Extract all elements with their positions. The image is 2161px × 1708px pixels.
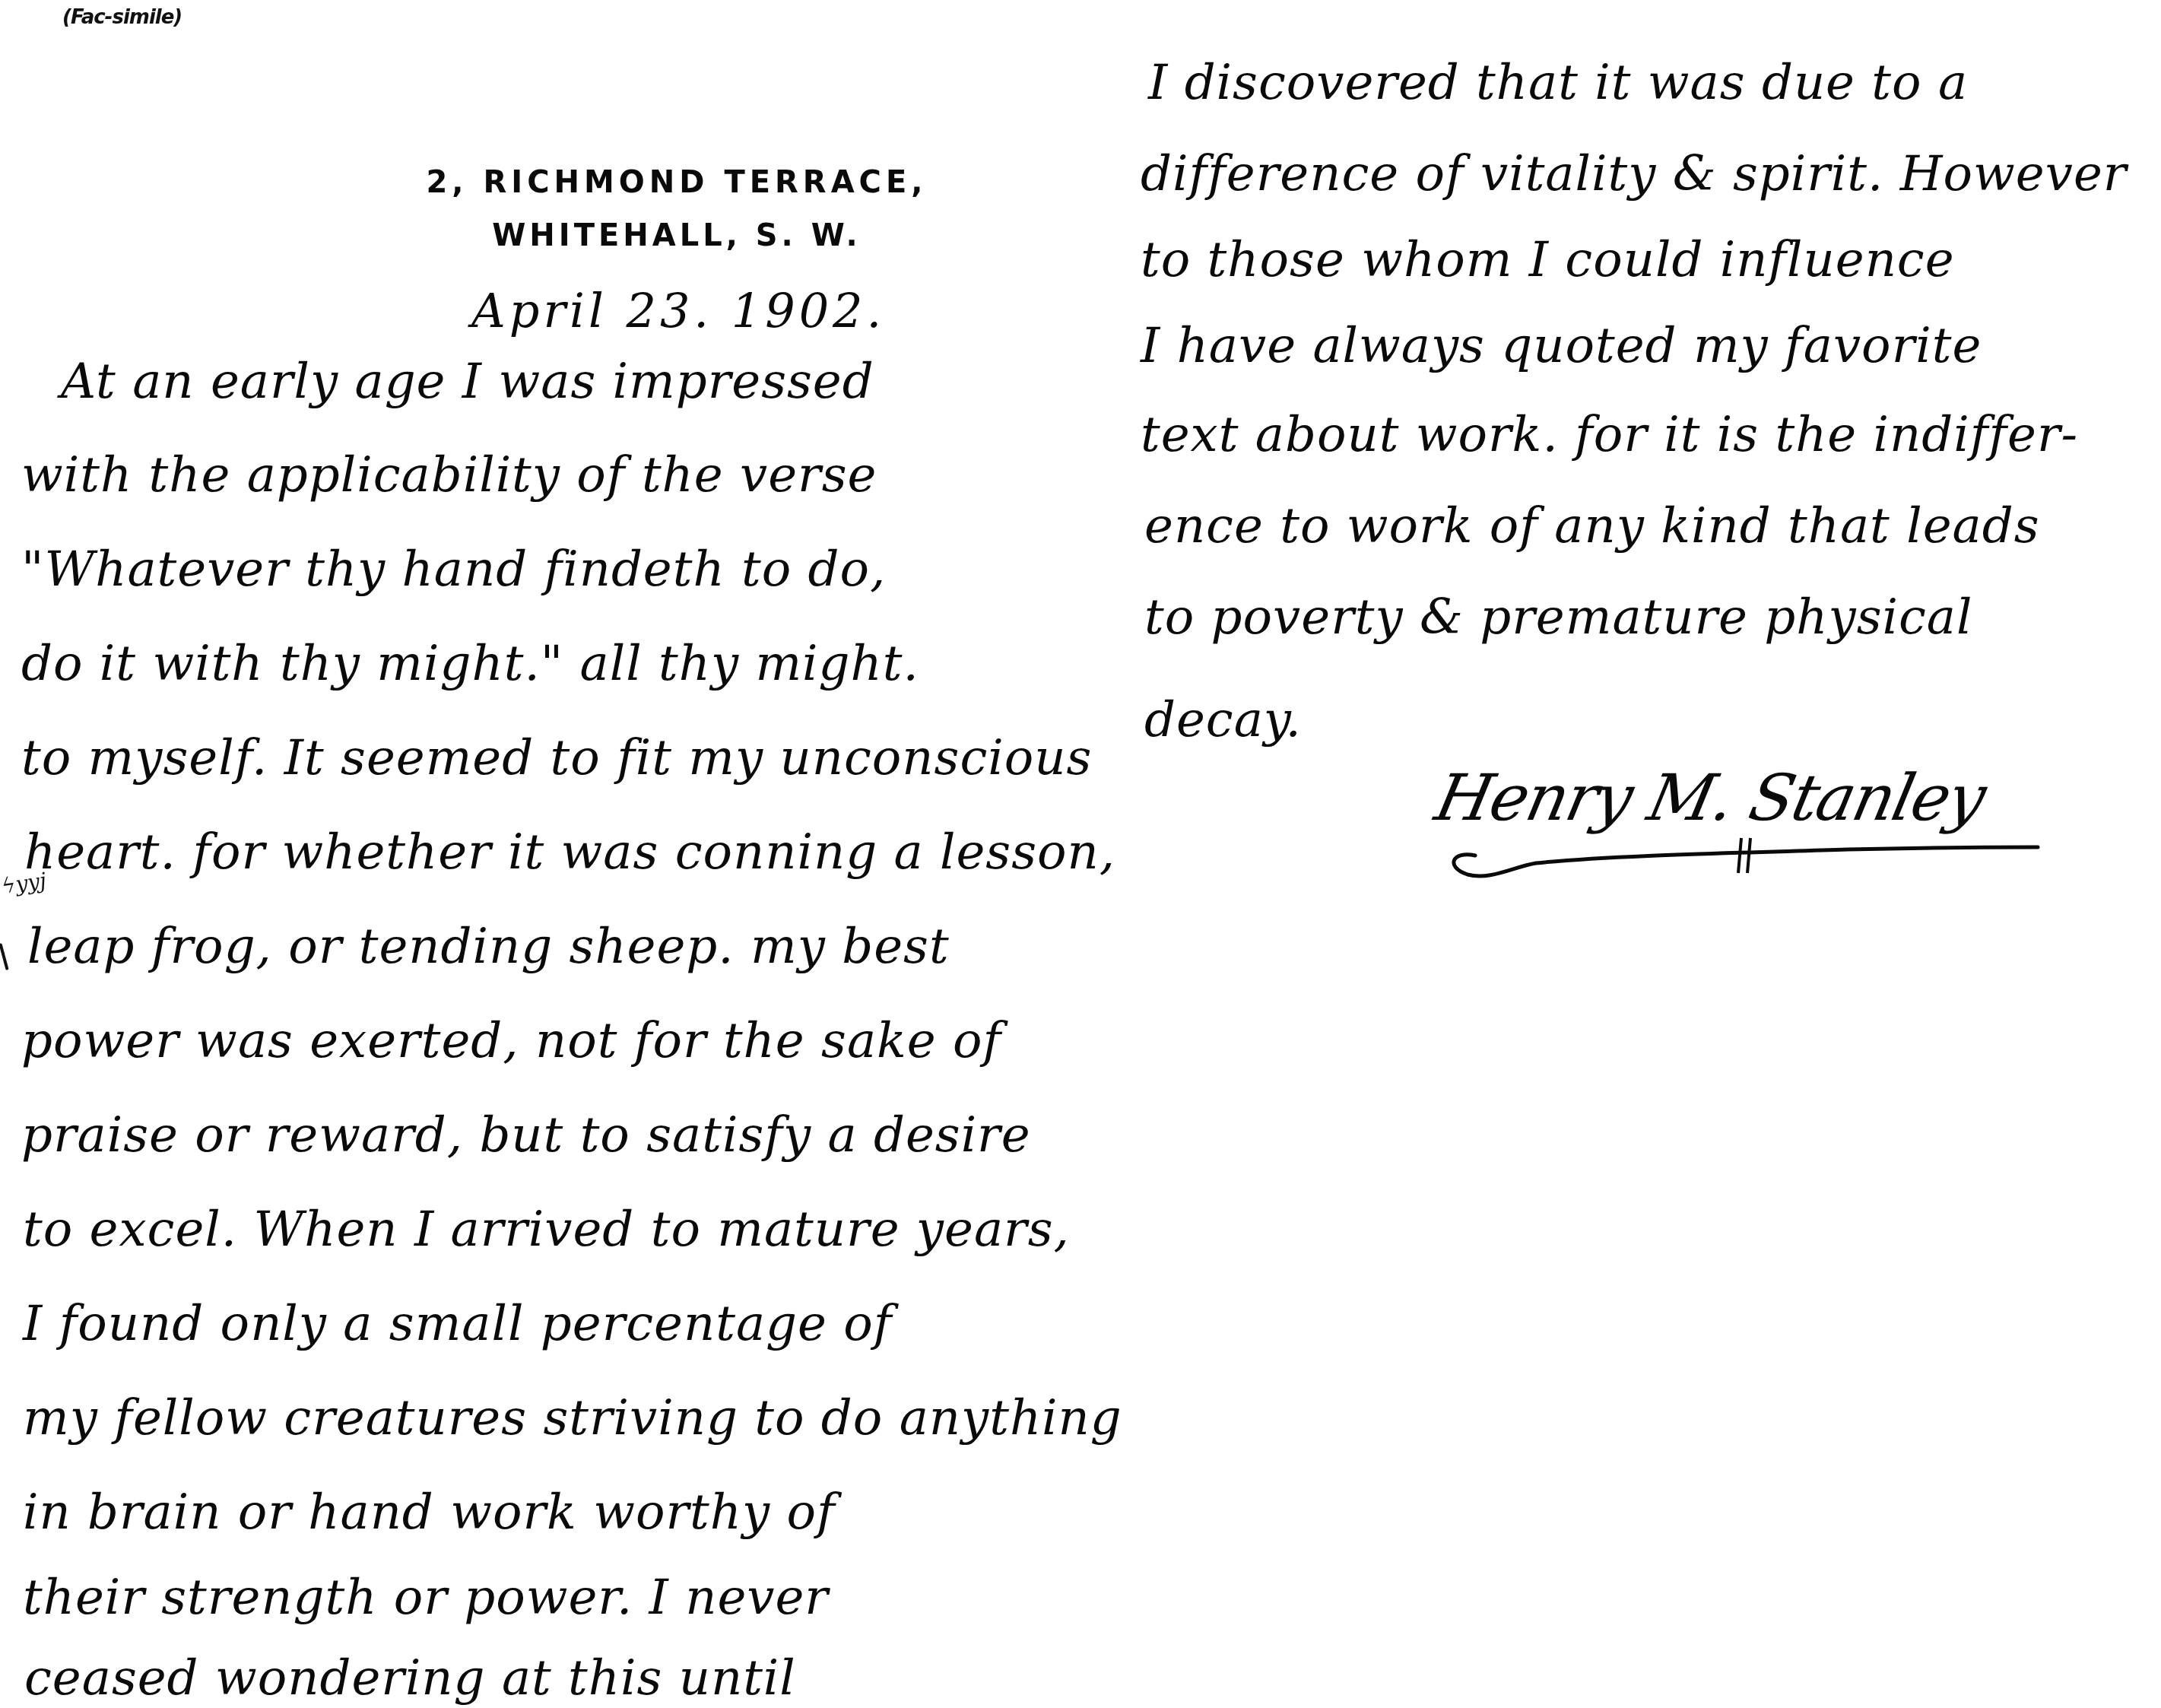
body-line: to poverty & premature physical — [1144, 589, 1972, 646]
body-line: ceased wondering at this until — [24, 1650, 796, 1706]
body-line: to those whom I could influence — [1141, 232, 1955, 288]
margin-tick-mark — [0, 943, 9, 970]
body-line: my fellow creatures striving to do anyth… — [23, 1390, 1122, 1446]
letterhead: 2, RICHMOND TERRACE, WHITEHALL, S. W. — [426, 156, 928, 262]
letter-date: April 23. 1902. — [471, 283, 885, 338]
body-line: At an early age I was impressed — [61, 354, 874, 410]
body-line: power was exerted, not for the sake of — [21, 1013, 1001, 1069]
body-line: I discovered that it was due to a — [1148, 55, 1968, 111]
body-line: heart. for whether it was conning a less… — [24, 824, 1115, 881]
body-line: text about work. for it is the indiffer- — [1141, 407, 2078, 463]
body-line: I have always quoted my favorite — [1141, 318, 1982, 374]
letterhead-address-line-1: 2, RICHMOND TERRACE, — [426, 156, 928, 209]
body-line: "Whatever thy hand findeth to do, — [21, 541, 886, 598]
body-line: with the applicability of the verse — [21, 447, 877, 503]
body-line: leap frog, or tending sheep. my best — [27, 919, 950, 975]
body-line: praise or reward, but to satisfy a desir… — [21, 1107, 1031, 1164]
signature-block: Henry M. Stanley — [1422, 753, 2045, 882]
body-line: to myself. It seemed to fit my unconscio… — [21, 730, 1092, 786]
body-line: to excel. When I arrived to mature years… — [23, 1202, 1070, 1258]
body-line: decay. — [1144, 692, 1302, 748]
body-line: do it with thy might." all thy might. — [21, 636, 919, 692]
body-line: I found only a small percentage of — [23, 1296, 892, 1352]
body-line: in brain or hand work worthy of — [23, 1484, 836, 1541]
margin-note: ϟyyj — [0, 868, 48, 899]
letterhead-address-line-2: WHITEHALL, S. W. — [426, 209, 928, 262]
body-line: their strength or power. I never — [23, 1570, 829, 1626]
signature-underline-flourish-icon — [1422, 753, 2045, 882]
body-line: difference of vitality & spirit. However — [1141, 146, 2127, 202]
facsimile-label: (Fac-simile) — [62, 6, 182, 29]
body-line: ence to work of any kind that leads — [1144, 498, 2039, 554]
